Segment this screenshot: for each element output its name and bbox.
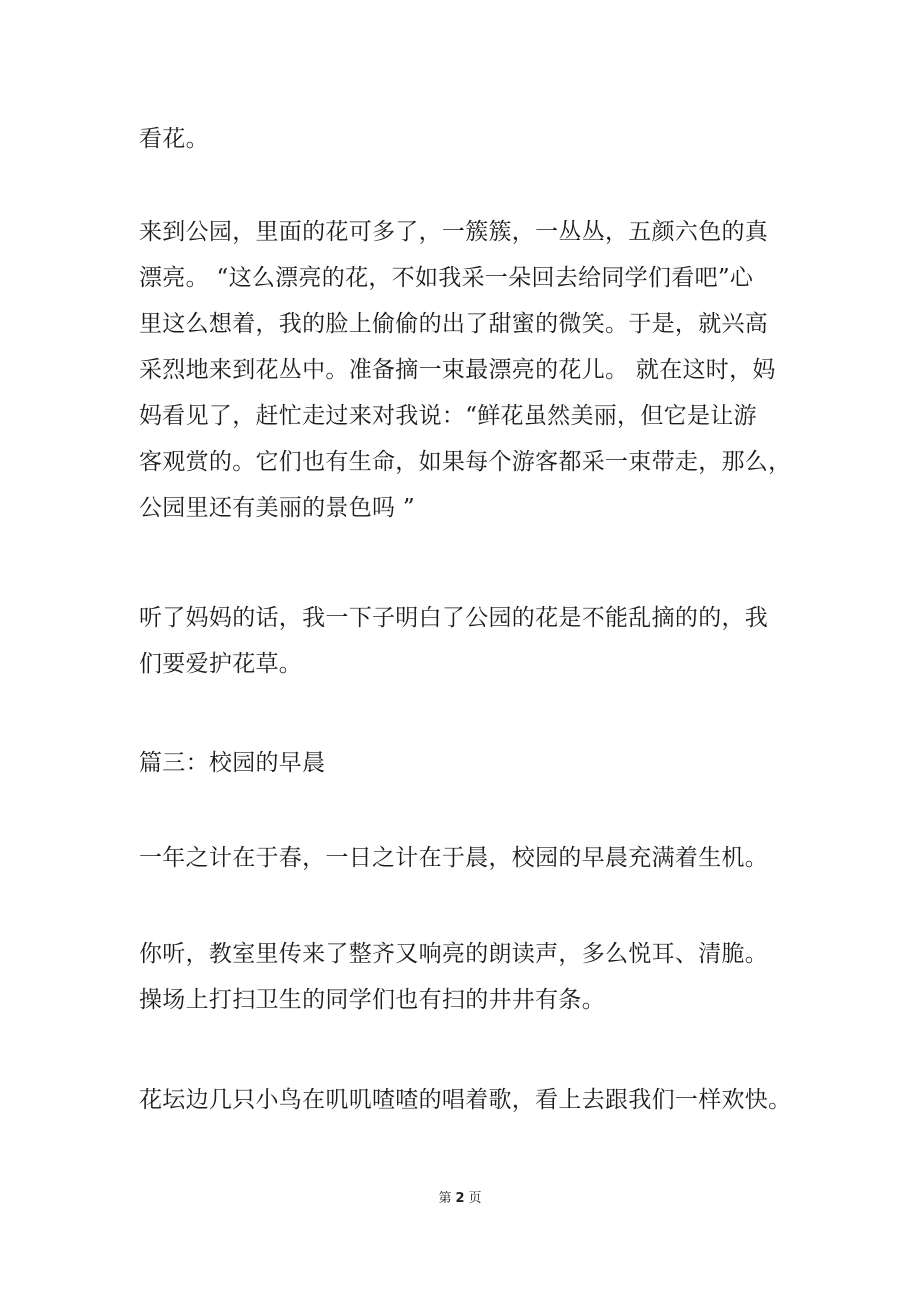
paragraph-line: 妈看见了，赶忙走过来对我说：“鲜花虽然美丽，但它是让游 (139, 401, 757, 431)
paragraph-line: 一年之计在于春，一日之计在于晨，校园的早晨充满着生机。 (139, 843, 768, 873)
paragraph-line: 漂亮。 “这么漂亮的花，不如我采一朵回去给同学们看吧”心 (139, 263, 753, 293)
paragraph-line: 你听，教室里传来了整齐又响亮的朗读声，多么悦耳、清脆。 (139, 939, 768, 969)
document-page: 看花。 来到公园，里面的花可多了，一簇簇，一丛丛，五颜六色的真 漂亮。 “这么漂… (0, 0, 920, 1302)
page-footer: 第2页 (0, 1190, 920, 1208)
section-heading: 篇三：校园的早晨 (139, 748, 325, 778)
page-number: 2 (455, 1191, 464, 1206)
paragraph-line: 听了妈妈的话，我一下子明白了公园的花是不能乱摘的的，我 (139, 603, 768, 633)
paragraph-line: 们要爱护花草。 (139, 649, 302, 679)
paragraph-line: 花坛边几只小鸟在叽叽喳喳的唱着歌，看上去跟我们一样欢快。 (139, 1085, 791, 1115)
footer-suffix: 页 (469, 1191, 482, 1206)
paragraph-line: 操场上打扫卫生的同学们也有扫的井井有条。 (139, 985, 605, 1015)
footer-prefix: 第 (438, 1191, 451, 1206)
paragraph-line: 公园里还有美丽的景色吗 ” (139, 493, 415, 523)
paragraph-line: 客观赏的。它们也有生命，如果每个游客都采一束带走，那么， (139, 447, 791, 477)
paragraph-line: 来到公园，里面的花可多了，一簇簇，一丛丛，五颜六色的真 (139, 217, 768, 247)
paragraph-line: 看花。 (139, 124, 209, 154)
paragraph-line: 采烈地来到花丛中。准备摘一束最漂亮的花儿。 就在这时，妈 (139, 355, 776, 385)
paragraph-line: 里这么想着，我的脸上偷偷的出了甜蜜的微笑。于是，就兴高 (139, 309, 768, 339)
